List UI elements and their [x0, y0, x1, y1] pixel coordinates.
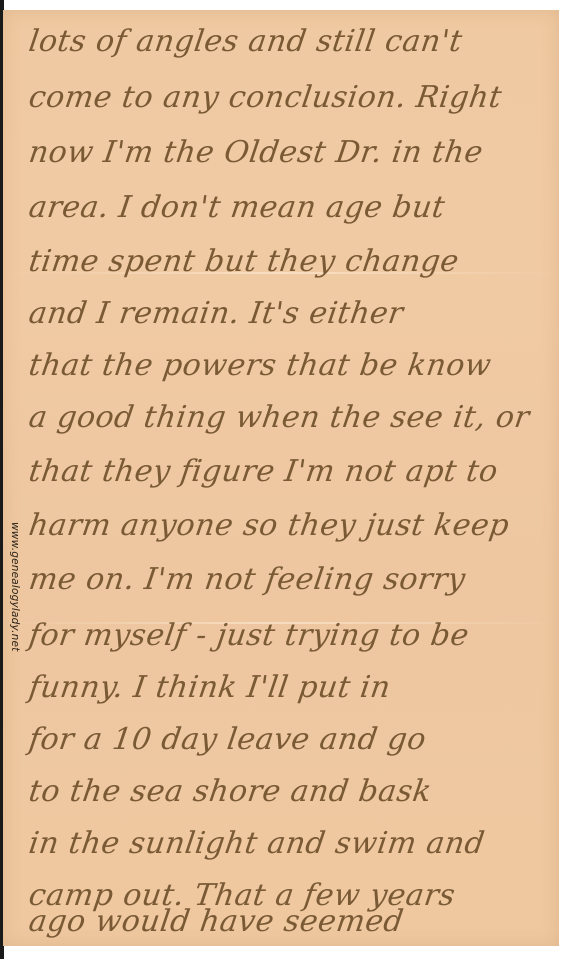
- handwritten-line: ago would have seemed: [26, 902, 406, 942]
- handwritten-line: me on. I'm not feeling sorry: [26, 560, 468, 600]
- handwritten-line: lots of angles and still can't: [26, 22, 465, 62]
- handwritten-line: to the sea shore and bask: [26, 772, 434, 812]
- handwritten-line: a good thing when the see it, or: [26, 398, 532, 438]
- handwritten-line: time spent but they change: [26, 242, 461, 282]
- watermark-text: www.genealogylady.net: [9, 522, 21, 652]
- letter-paper: www.genealogylady.net lots of angles and…: [3, 10, 559, 946]
- handwritten-line: funny. I think I'll put in: [26, 668, 393, 708]
- handwritten-line: for myself - just trying to be: [26, 616, 471, 656]
- handwritten-line: in the sunlight and swim and: [26, 824, 487, 864]
- handwritten-line: that the powers that be know: [26, 346, 494, 386]
- handwritten-line: area. I don't mean age but: [26, 188, 447, 228]
- handwritten-line: and I remain. It's either: [26, 294, 406, 334]
- handwritten-line: now I'm the Oldest Dr. in the: [26, 133, 485, 173]
- handwritten-line: for a 10 day leave and go: [26, 720, 429, 760]
- handwritten-line: harm anyone so they just keep: [26, 506, 512, 546]
- handwritten-line: come to any conclusion. Right: [26, 78, 504, 118]
- scanned-letter-page: www.genealogylady.net lots of angles and…: [0, 0, 571, 959]
- handwritten-line: that they figure I'm not apt to: [26, 452, 500, 492]
